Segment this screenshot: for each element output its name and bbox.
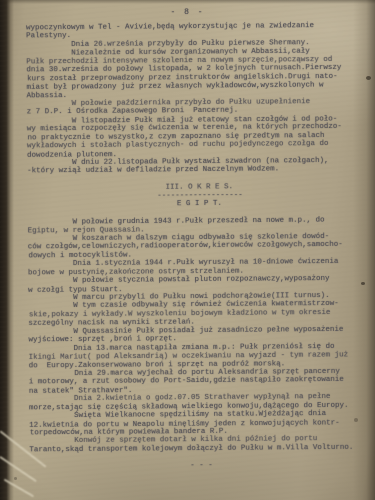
stain-speck	[14, 477, 17, 480]
typewritten-text: wypoczynkowym w Tel - Avivie,będą wykorz…	[26, 22, 374, 472]
stain-speck	[354, 418, 358, 422]
page-number: - 8 -	[0, 8, 375, 17]
page-left-edge	[0, 0, 14, 500]
stain-speck	[361, 282, 365, 285]
stain-speck	[366, 76, 371, 80]
document-photo: - 8 - wypoczynkowym w Tel - Avivie,będą …	[0, 0, 375, 500]
page-top-edge	[0, 0, 375, 4]
